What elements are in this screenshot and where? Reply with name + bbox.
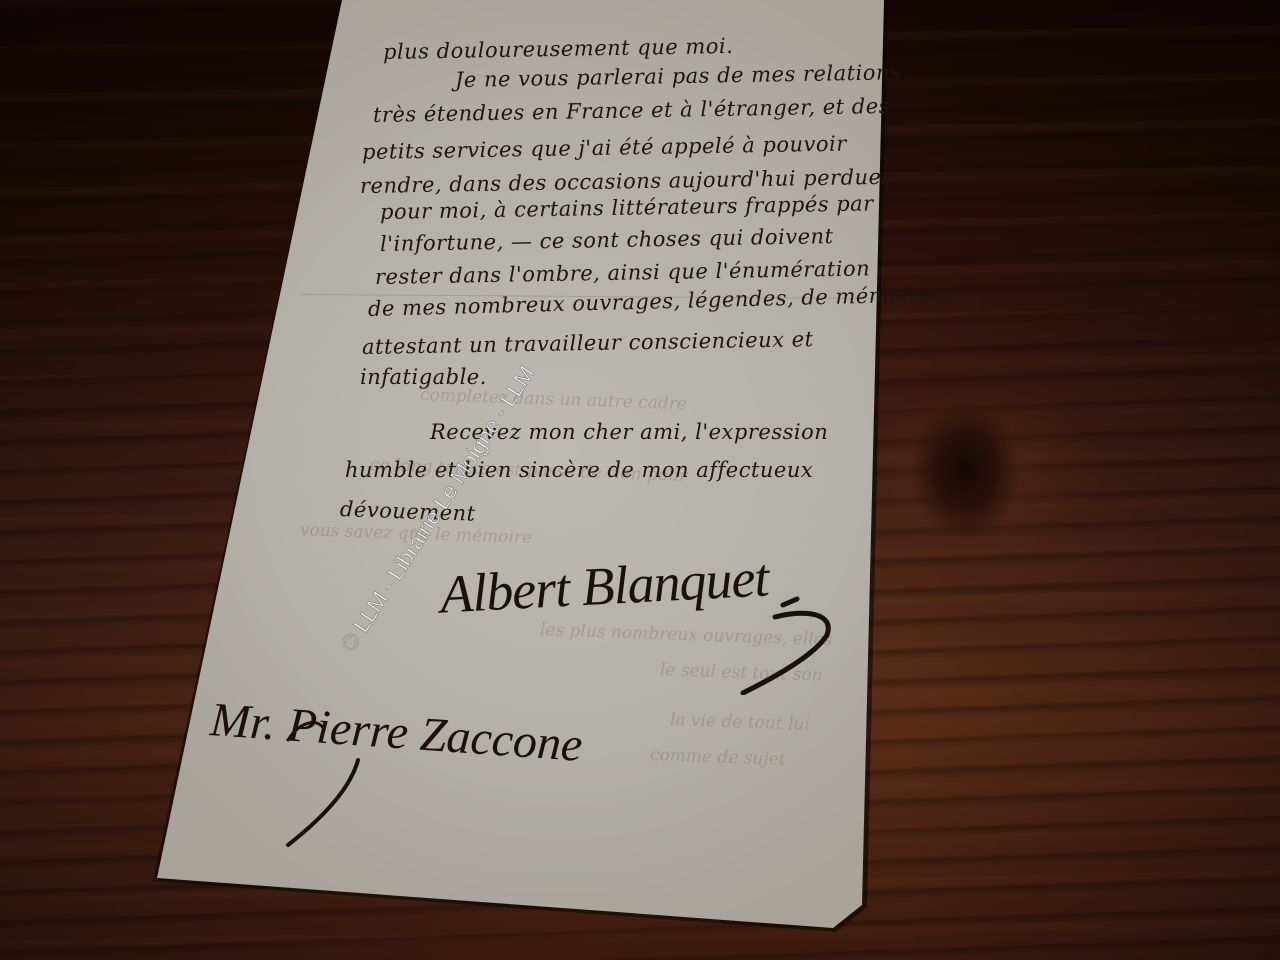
closing-line: humble et bien sincère de mon affectueux: [345, 458, 813, 482]
reverse-bleed-through: la vie de tout lui: [670, 710, 811, 735]
signature-flourish-icon: [735, 595, 845, 695]
letter-line: infatigable.: [360, 365, 487, 389]
reverse-bleed-through: completez dans un autre cadre: [420, 385, 688, 414]
addressee-flourish-icon: [280, 720, 370, 850]
reverse-bleed-through: comme de sujet: [650, 745, 786, 770]
